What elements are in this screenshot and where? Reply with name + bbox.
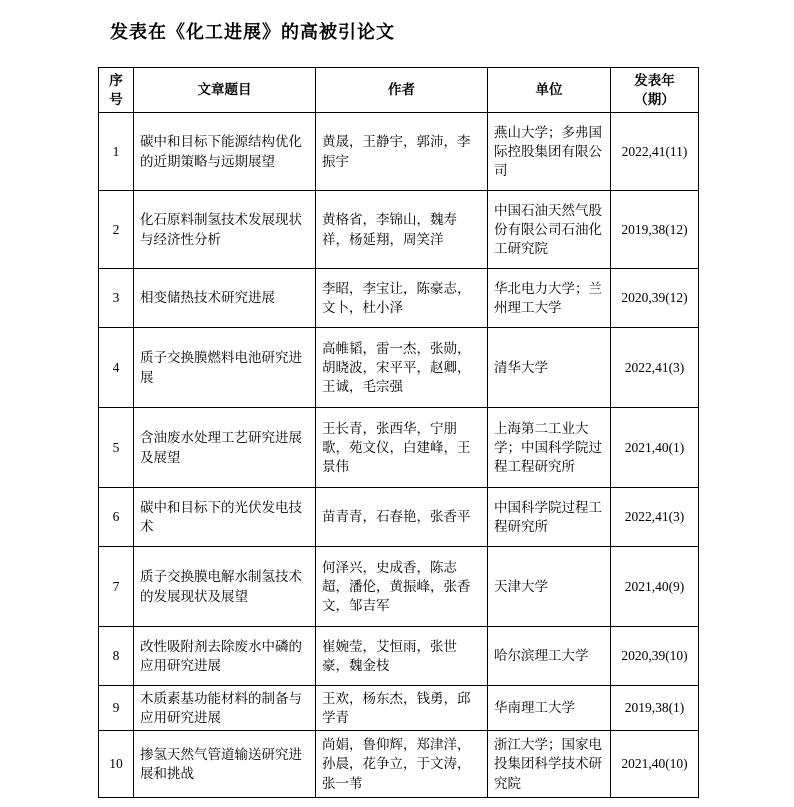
cell-no: 8: [99, 627, 134, 686]
cell-no: 7: [99, 547, 134, 627]
col-header-title: 文章题目: [134, 68, 316, 113]
cell-affiliation: 华南理工大学: [488, 686, 611, 731]
table-row: 2 化石原料制氢技术发展现状与经济性分析 黄格省，李锦山，魏寿祥，杨延翔，周笑洋…: [99, 191, 699, 269]
cell-title: 化石原料制氢技术发展现状与经济性分析: [134, 191, 316, 269]
page-title: 发表在《化工进展》的高被引论文: [110, 18, 395, 44]
table-row: 6 碳中和目标下的光伏发电技术 苗青青，石春艳，张香平 中国科学院过程工程研究所…: [99, 488, 699, 547]
cell-authors: 崔婉莹，艾恒雨，张世豪，魏金枝: [316, 627, 488, 686]
col-header-authors: 作者: [316, 68, 488, 113]
cell-year: 2020,39(12): [611, 269, 699, 328]
table-row: 9 木质素基功能材料的制备与应用研究进展 王欢，杨东杰，钱勇，邱学青 华南理工大…: [99, 686, 699, 731]
table-row: 4 质子交换膜燃料电池研究进展 高帷韬，雷一杰，张勋，胡晓波，宋平平，赵卿，王诚…: [99, 328, 699, 408]
header-row: 序号 文章题目 作者 单位 发表年 （期）: [99, 68, 699, 113]
cell-title: 改性吸附剂去除废水中磷的应用研究进展: [134, 627, 316, 686]
cell-title: 碳中和目标下能源结构优化的近期策略与远期展望: [134, 113, 316, 191]
papers-table: 序号 文章题目 作者 单位 发表年 （期） 1 碳中和目标下能源结构优化的近期策…: [98, 67, 699, 798]
cell-affiliation: 华北电力大学；兰州理工大学: [488, 269, 611, 328]
table-row: 5 含油废水处理工艺研究进展及展望 王长青，张西华，宁朋歌，苑文仪，白建峰，王景…: [99, 408, 699, 488]
col-header-year: 发表年 （期）: [611, 68, 699, 113]
cell-no: 9: [99, 686, 134, 731]
cell-title: 质子交换膜燃料电池研究进展: [134, 328, 316, 408]
cell-year: 2021,40(10): [611, 731, 699, 798]
col-header-affiliation: 单位: [488, 68, 611, 113]
cell-no: 4: [99, 328, 134, 408]
cell-affiliation: 燕山大学；多弗国际控股集团有限公司: [488, 113, 611, 191]
cell-authors: 何泽兴，史成香，陈志超，潘伦，黄振峰，张香文，邹吉军: [316, 547, 488, 627]
cell-affiliation: 浙江大学；国家电投集团科学技术研究院: [488, 731, 611, 798]
table-row: 7 质子交换膜电解水制氢技术的发展现状及展望 何泽兴，史成香，陈志超，潘伦，黄振…: [99, 547, 699, 627]
cell-year: 2019,38(12): [611, 191, 699, 269]
cell-no: 3: [99, 269, 134, 328]
cell-no: 10: [99, 731, 134, 798]
cell-title: 掺氢天然气管道输送研究进展和挑战: [134, 731, 316, 798]
cell-affiliation: 清华大学: [488, 328, 611, 408]
cell-year: 2021,40(9): [611, 547, 699, 627]
cell-title: 相变储热技术研究进展: [134, 269, 316, 328]
cell-authors: 黄格省，李锦山，魏寿祥，杨延翔，周笑洋: [316, 191, 488, 269]
cell-affiliation: 哈尔滨理工大学: [488, 627, 611, 686]
table-row: 3 相变储热技术研究进展 李昭，李宝让，陈豪志，文卜，杜小泽 华北电力大学；兰州…: [99, 269, 699, 328]
cell-no: 2: [99, 191, 134, 269]
col-header-no: 序号: [99, 68, 134, 113]
cell-no: 1: [99, 113, 134, 191]
cell-affiliation: 上海第二工业大学；中国科学院过程工程研究所: [488, 408, 611, 488]
cell-title: 质子交换膜电解水制氢技术的发展现状及展望: [134, 547, 316, 627]
cell-authors: 王长青，张西华，宁朋歌，苑文仪，白建峰，王景伟: [316, 408, 488, 488]
cell-title: 碳中和目标下的光伏发电技术: [134, 488, 316, 547]
table-row: 10 掺氢天然气管道输送研究进展和挑战 尚娟，鲁仰辉，郑津洋，孙晨，花争立，于文…: [99, 731, 699, 798]
cell-authors: 王欢，杨东杰，钱勇，邱学青: [316, 686, 488, 731]
cell-affiliation: 中国石油天然气股份有限公司石油化工研究院: [488, 191, 611, 269]
cell-affiliation: 天津大学: [488, 547, 611, 627]
cell-authors: 黄晟，王静宇，郭沛，李振宇: [316, 113, 488, 191]
cell-title: 含油废水处理工艺研究进展及展望: [134, 408, 316, 488]
cell-year: 2019,38(1): [611, 686, 699, 731]
cell-year: 2022,41(11): [611, 113, 699, 191]
cell-authors: 尚娟，鲁仰辉，郑津洋，孙晨，花争立，于文涛，张一苇: [316, 731, 488, 798]
cell-authors: 李昭，李宝让，陈豪志，文卜，杜小泽: [316, 269, 488, 328]
table-row: 8 改性吸附剂去除废水中磷的应用研究进展 崔婉莹，艾恒雨，张世豪，魏金枝 哈尔滨…: [99, 627, 699, 686]
cell-affiliation: 中国科学院过程工程研究所: [488, 488, 611, 547]
cell-year: 2021,40(1): [611, 408, 699, 488]
cell-no: 6: [99, 488, 134, 547]
cell-no: 5: [99, 408, 134, 488]
cell-authors: 苗青青，石春艳，张香平: [316, 488, 488, 547]
table-row: 1 碳中和目标下能源结构优化的近期策略与远期展望 黄晟，王静宇，郭沛，李振宇 燕…: [99, 113, 699, 191]
cell-year: 2022,41(3): [611, 328, 699, 408]
cell-authors: 高帷韬，雷一杰，张勋，胡晓波，宋平平，赵卿，王诚，毛宗强: [316, 328, 488, 408]
cell-title: 木质素基功能材料的制备与应用研究进展: [134, 686, 316, 731]
cell-year: 2020,39(10): [611, 627, 699, 686]
cell-year: 2022,41(3): [611, 488, 699, 547]
